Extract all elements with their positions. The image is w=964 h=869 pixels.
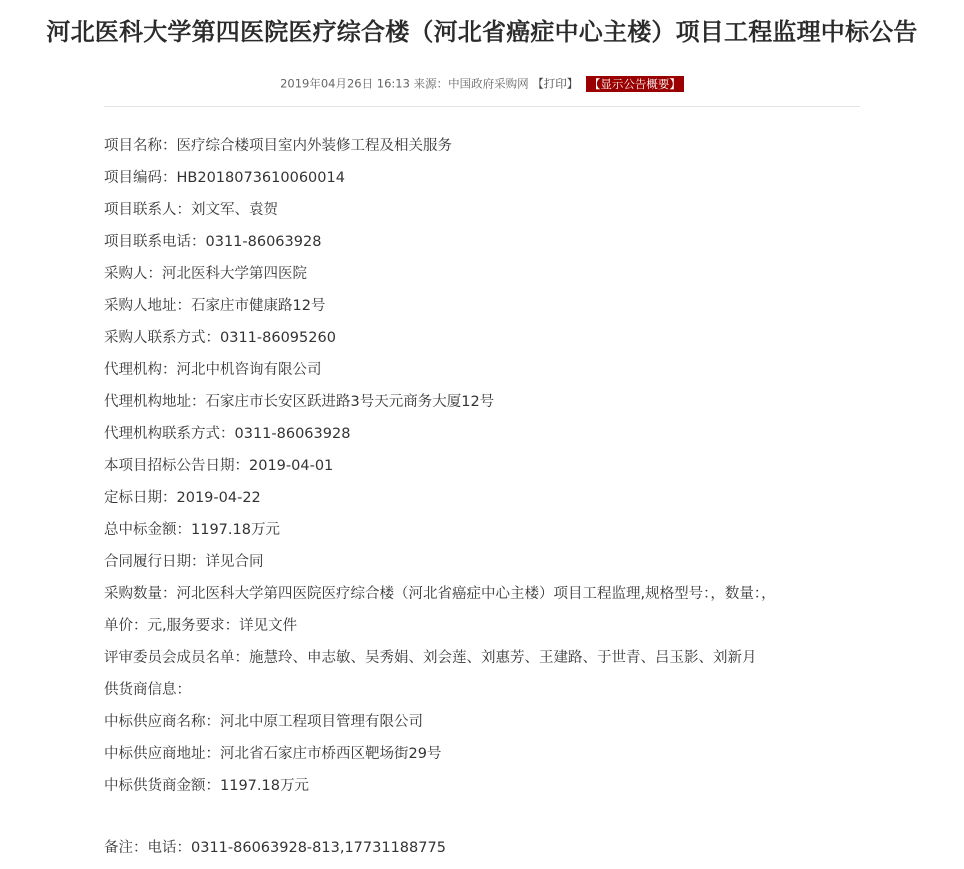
field-total-amount: 总中标金额：1197.18万元: [104, 518, 776, 550]
field-label: 采购数量：: [104, 586, 177, 602]
field-value: 医疗综合楼项目室内外装修工程及相关服务: [177, 138, 453, 154]
field-purchaser-contact: 采购人联系方式：0311-86095260: [104, 326, 776, 358]
field-value: HB2018073610060014: [177, 170, 345, 186]
field-value: 河北中机咨询有限公司: [177, 362, 322, 378]
field-supplier-info: 供货商信息：: [104, 678, 776, 710]
field-purchase-quantity: 采购数量：河北医科大学第四医院医疗综合楼（河北省癌症中心主楼）项目工程监理,规格…: [104, 582, 776, 614]
field-label: 中标供应商名称：: [104, 714, 220, 730]
field-label: 采购人：: [104, 266, 162, 282]
field-label: 代理机构地址：: [104, 394, 206, 410]
field-value: 2019-04-22: [177, 490, 261, 506]
field-value: 石家庄市健康路12号: [191, 298, 325, 314]
field-project-code: 项目编码：HB2018073610060014: [104, 166, 776, 198]
field-value: 河北省石家庄市桥西区靶场街29号: [220, 746, 441, 762]
field-value: 刘文军、袁贺: [191, 202, 278, 218]
field-label: 总中标金额：: [104, 522, 191, 538]
field-label: 合同履行日期：: [104, 554, 206, 570]
field-award-date: 定标日期：2019-04-22: [104, 486, 776, 518]
field-review-committee: 评审委员会成员名单：施慧玲、申志敏、吴秀娟、刘会莲、刘惠芳、王建路、于世青、吕玉…: [104, 646, 776, 678]
field-value: 0311-86063928: [235, 426, 351, 442]
publish-datetime: 2019年04月26日 16:13: [280, 77, 410, 91]
spacer: [104, 806, 776, 836]
divider: [104, 106, 860, 107]
field-label: 代理机构联系方式：: [104, 426, 235, 442]
article-meta: 2019年04月26日 16:13 来源：中国政府采购网 【打印】 【显示公告概…: [0, 74, 964, 92]
field-label: 定标日期：: [104, 490, 177, 506]
source-label: 来源：: [414, 77, 449, 91]
field-label: 采购人联系方式：: [104, 330, 220, 346]
field-contract-date: 合同履行日期：详见合同: [104, 550, 776, 582]
field-project-phone: 项目联系电话：0311-86063928: [104, 230, 776, 262]
field-label: 项目编码：: [104, 170, 177, 186]
field-agency: 代理机构：河北中机咨询有限公司: [104, 358, 776, 390]
field-purchaser: 采购人：河北医科大学第四医院: [104, 262, 776, 294]
field-winning-supplier-name: 中标供应商名称：河北中原工程项目管理有限公司: [104, 710, 776, 742]
field-value: 河北中原工程项目管理有限公司: [220, 714, 423, 730]
field-agency-contact: 代理机构联系方式：0311-86063928: [104, 422, 776, 454]
field-label: 代理机构：: [104, 362, 177, 378]
field-label: 项目名称：: [104, 138, 177, 154]
field-value: 0311-86063928: [206, 234, 322, 250]
field-label: 供货商信息：: [104, 682, 191, 698]
field-value: 1197.18万元: [220, 778, 309, 794]
field-label: 项目联系电话：: [104, 234, 206, 250]
field-value: 施慧玲、申志敏、吴秀娟、刘会莲、刘惠芳、王建路、于世青、吕玉影、刘新月: [249, 650, 757, 666]
field-project-name: 项目名称：医疗综合楼项目室内外装修工程及相关服务: [104, 134, 776, 166]
field-label: 中标供货商金额：: [104, 778, 220, 794]
field-label: 项目联系人：: [104, 202, 191, 218]
field-value: 河北医科大学第四医院医疗综合楼（河北省癌症中心主楼）项目工程监理,规格型号：，数…: [177, 586, 776, 602]
field-purchaser-address: 采购人地址：石家庄市健康路12号: [104, 294, 776, 326]
announcement-body: 项目名称：医疗综合楼项目室内外装修工程及相关服务 项目编码：HB20180736…: [104, 134, 776, 868]
field-label: 本项目招标公告日期：: [104, 458, 249, 474]
page-title: 河北医科大学第四医院医疗综合楼（河北省癌症中心主楼）项目工程监理中标公告: [0, 0, 964, 50]
field-label: 采购人地址：: [104, 298, 191, 314]
field-tender-date: 本项目招标公告日期：2019-04-01: [104, 454, 776, 486]
field-label: 评审委员会成员名单：: [104, 650, 249, 666]
field-value: 元,服务要求：详见文件: [148, 618, 298, 634]
field-agency-address: 代理机构地址：石家庄市长安区跃进路3号天元商务大厦12号: [104, 390, 776, 422]
field-value: 1197.18万元: [191, 522, 280, 538]
remark-value: 电话：0311-86063928-813,17731188775: [148, 840, 446, 856]
print-link[interactable]: 【打印】: [532, 77, 578, 91]
remark-label: 备注：: [104, 840, 148, 856]
remark: 备注：电话：0311-86063928-813,17731188775: [104, 836, 776, 868]
field-value: 河北医科大学第四医院: [162, 266, 307, 282]
field-winning-supplier-address: 中标供应商地址：河北省石家庄市桥西区靶场街29号: [104, 742, 776, 774]
show-summary-button[interactable]: 【显示公告概要】: [586, 76, 684, 92]
field-unit-price: 单价：元,服务要求：详见文件: [104, 614, 776, 646]
field-label: 单价：: [104, 618, 148, 634]
field-winning-supplier-amount: 中标供货商金额：1197.18万元: [104, 774, 776, 806]
field-value: 石家庄市长安区跃进路3号天元商务大厦12号: [206, 394, 495, 410]
field-value: 0311-86095260: [220, 330, 336, 346]
field-label: 中标供应商地址：: [104, 746, 220, 762]
field-value: 详见合同: [206, 554, 264, 570]
source-name: 中国政府采购网: [448, 77, 529, 91]
field-value: 2019-04-01: [249, 458, 333, 474]
field-project-contact: 项目联系人：刘文军、袁贺: [104, 198, 776, 230]
